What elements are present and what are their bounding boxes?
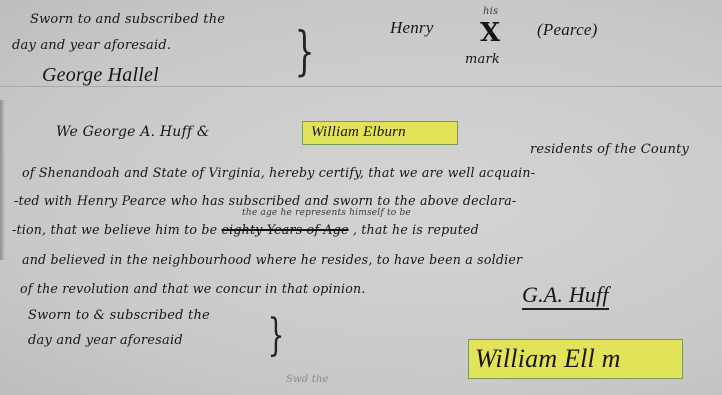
body-line4: -tion, that we believe him to be eighty … [12,222,479,237]
bottom-jurat-line2: day and year aforesaid [28,333,183,348]
body-line1-start: We George A. Huff & [56,124,210,140]
interlineation: the age he represents himself to be [242,208,411,218]
signature-ga-huff: G.A. Huff [522,282,609,310]
highlighted-name-william-elburn: William Elburn [311,124,406,141]
witness-signature-george-hallel: George Hallel [42,64,159,87]
body-line5: and believed in the neighbourhood where … [22,252,522,267]
body-line2: of Shenandoah and State of Virginia, her… [22,165,535,180]
body-line6: of the revolution and that we concur in … [20,281,366,296]
brace-icon: } [268,310,285,361]
top-jurat-line1: Sworn to and subscribed the [30,12,225,27]
body-line1-end: residents of the County [530,142,689,157]
page-edge-shadow [0,100,5,260]
signature-william-ellm: William Ell m [475,344,621,374]
mark-label: mark [465,52,500,67]
faint-text: Swd the [286,374,329,385]
brace-icon: } [295,22,315,82]
declarant-first-name: Henry [390,18,433,38]
struck-text: eighty Years of Age [221,222,348,237]
body-line4-start: -tion, that we believe him to be [12,222,217,237]
body-line3: -ted with Henry Pearce who has subscribe… [14,193,516,208]
top-jurat-line2: day and year aforesaid. [12,38,171,53]
body-line4-end: , that he is reputed [353,222,479,237]
his-label: his [483,6,498,17]
highlight-william-ellm: William Ell m [468,339,683,379]
document-page: Sworn to and subscribed the day and year… [0,0,722,395]
highlight-william-elburn: William Elburn [302,121,458,145]
x-mark-icon: X [480,18,500,48]
bottom-jurat-line1: Sworn to & subscribed the [28,308,210,323]
declarant-last-name: (Pearce) [537,20,597,40]
